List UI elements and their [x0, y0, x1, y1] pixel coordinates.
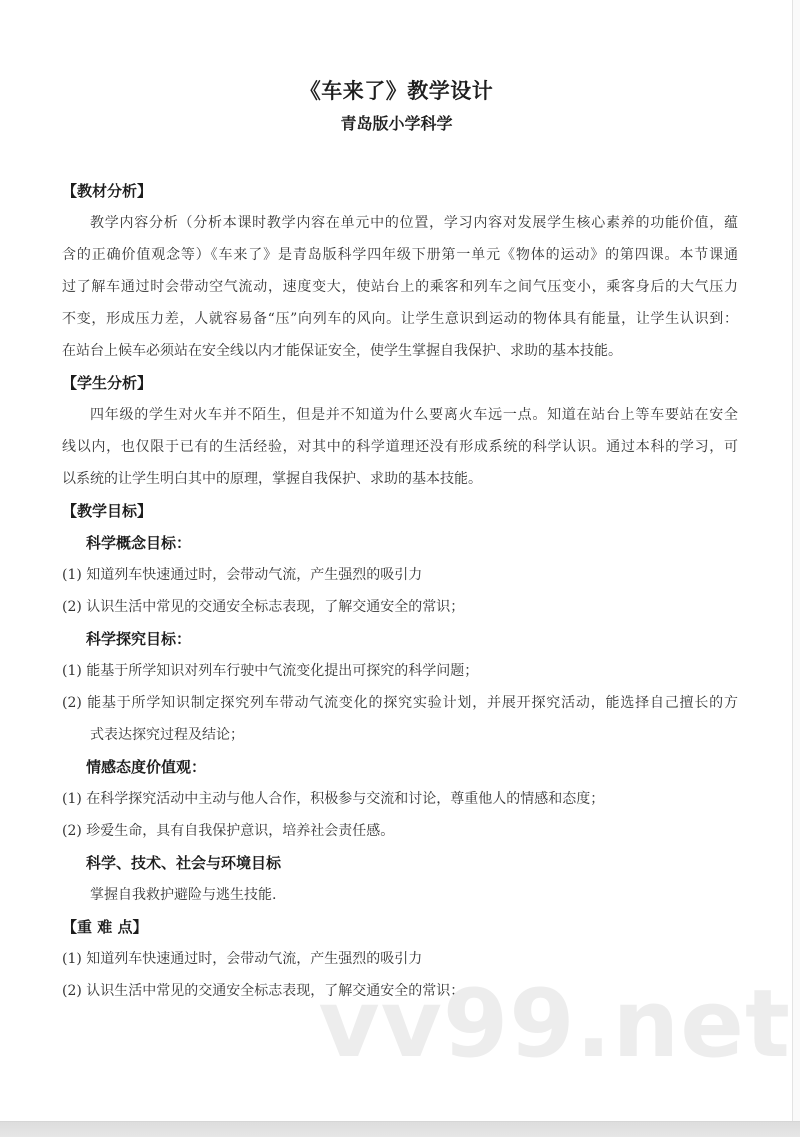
doc-line: 在站台上候车必须站在安全线以内才能保证安全，使学生掌握自我保护、求助的基本技能。: [62, 335, 738, 367]
subsection-heading: 情感态度价值观：: [62, 751, 738, 783]
doc-line: (1) 能基于所学知识对列车行驶中气流变化提出可探究的科学问题；: [62, 655, 738, 687]
doc-line: 式表达探究过程及结论；: [62, 719, 738, 751]
section-heading: 【教学目标】: [62, 495, 738, 527]
subsection-heading: 科学探究目标：: [62, 623, 738, 655]
doc-line: (2) 认识生活中常见的交通安全标志表现，了解交通安全的常识；: [62, 975, 738, 1007]
doc-line: 线以内，也仅限于已有的生活经验，对其中的科学道理还没有形成系统的科学认识。通过本…: [62, 431, 738, 463]
doc-body: 【教材分析】教学内容分析（分析本课时教学内容在单元中的位置，学习内容对发展学生核…: [62, 175, 738, 1007]
page-right-margin: [792, 0, 800, 1121]
doc-line: 四年级的学生对火车并不陌生，但是并不知道为什么要离火车远一点。知道在站台上等车要…: [62, 399, 738, 431]
doc-line: 含的正确价值观念等）《车来了》是青岛版科学四年级下册第一单元《物体的运动》的第四…: [62, 239, 738, 271]
subsection-heading: 科学概念目标：: [62, 527, 738, 559]
page-title: 《车来了》教学设计: [0, 0, 793, 104]
doc-line: (2) 珍爱生命，具有自我保护意识，培养社会责任感。: [62, 815, 738, 847]
doc-line: 以系统的让学生明白其中的原理，掌握自我保护、求助的基本技能。: [62, 463, 738, 495]
section-heading: 【教材分析】: [62, 175, 738, 207]
footer-band: [0, 1121, 800, 1137]
doc-line: (1) 在科学探究活动中主动与他人合作，积极参与交流和讨论，尊重他人的情感和态度…: [62, 783, 738, 815]
section-heading: 【重 难 点】: [62, 911, 738, 943]
doc-line: (1) 知道列车快速通过时，会带动气流，产生强烈的吸引力: [62, 943, 738, 975]
document-page: 《车来了》教学设计 青岛版小学科学 【教材分析】教学内容分析（分析本课时教学内容…: [0, 0, 793, 1121]
doc-line: 掌握自我救护避险与逃生技能.: [62, 879, 738, 911]
doc-line: 过了解车通过时会带动空气流动，速度变大，使站台上的乘客和列车之间气压变小，乘客身…: [62, 271, 738, 303]
doc-line: (2) 认识生活中常见的交通安全标志表现，了解交通安全的常识；: [62, 591, 738, 623]
section-heading: 【学生分析】: [62, 367, 738, 399]
page-subtitle: 青岛版小学科学: [0, 113, 793, 134]
subsection-heading: 科学、技术、社会与环境目标: [62, 847, 738, 879]
doc-line: (2) 能基于所学知识制定探究列车带动气流变化的探究实验计划，并展开探究活动，能…: [62, 687, 738, 719]
doc-line: 教学内容分析（分析本课时教学内容在单元中的位置，学习内容对发展学生核心素养的功能…: [62, 207, 738, 239]
doc-line: 不变，形成压力差，人就容易备“压”向列车的风向。让学生意识到运动的物体具有能量，…: [62, 303, 738, 335]
doc-line: (1) 知道列车快速通过时，会带动气流，产生强烈的吸引力: [62, 559, 738, 591]
